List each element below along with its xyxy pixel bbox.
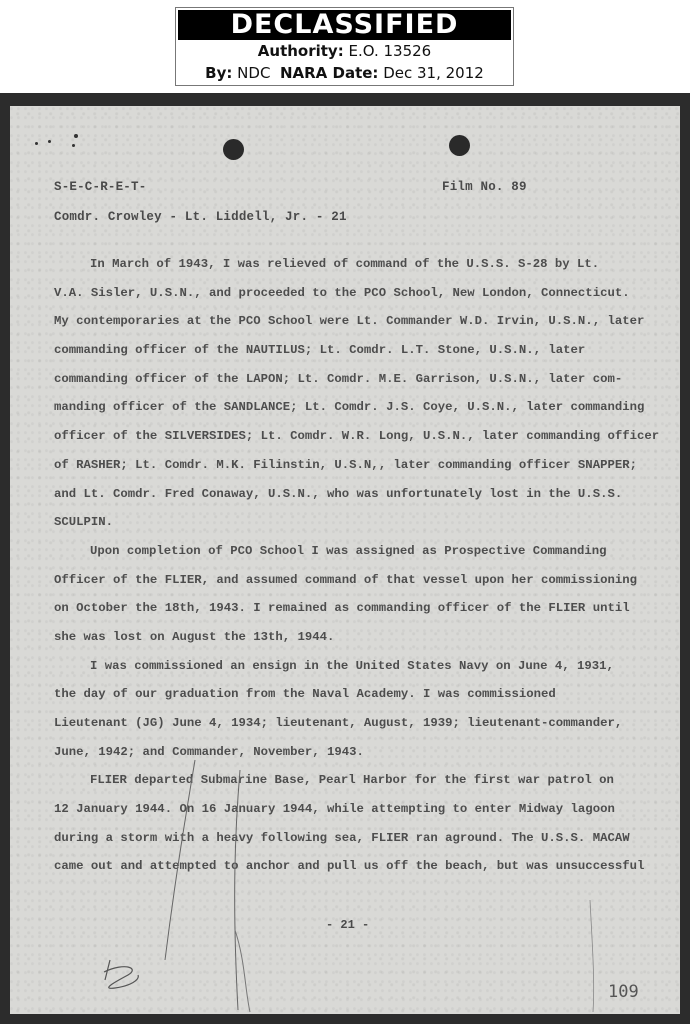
text-line: of RASHER; Lt. Comdr. M.K. Filinstin, U.… xyxy=(54,451,634,480)
stamp-by-date: By: NDC NARA Date: Dec 31, 2012 xyxy=(176,62,513,84)
speck xyxy=(74,134,78,138)
speck xyxy=(72,144,75,147)
punch-hole-left xyxy=(223,139,244,160)
text-line: manding officer of the SANDLANCE; Lt. Co… xyxy=(54,393,634,422)
text-line: In March of 1943, I was relieved of comm… xyxy=(54,250,634,279)
speck xyxy=(35,142,38,145)
text-line: Upon completion of PCO School I was assi… xyxy=(54,537,634,566)
text-line: My contemporaries at the PCO School were… xyxy=(54,307,634,336)
declassified-stamp: DECLASSIFIED Authority: E.O. 13526 By: N… xyxy=(175,7,514,86)
text-line: she was lost on August the 13th, 1944. xyxy=(54,623,634,652)
document-subtitle: Comdr. Crowley - Lt. Liddell, Jr. - 21 xyxy=(54,210,347,224)
text-line: SCULPIN. xyxy=(54,508,634,537)
text-line: on October the 18th, 1943. I remained as… xyxy=(54,594,634,623)
text-line: Officer of the FLIER, and assumed comman… xyxy=(54,566,634,595)
text-line: 12 January 1944. On 16 January 1944, whi… xyxy=(54,795,634,824)
text-line: came out and attempted to anchor and pul… xyxy=(54,852,634,881)
punch-hole-right xyxy=(449,135,470,156)
by-value: NDC xyxy=(237,64,270,82)
stamp-authority: Authority: E.O. 13526 xyxy=(176,40,513,62)
text-line: commanding officer of the NAUTILUS; Lt. … xyxy=(54,336,634,365)
nara-date-label: NARA Date: xyxy=(280,64,378,82)
sheet-number: 109 xyxy=(608,982,639,1002)
body-text: In March of 1943, I was relieved of comm… xyxy=(54,250,634,881)
text-line: June, 1942; and Commander, November, 194… xyxy=(54,738,634,767)
text-line: V.A. Sisler, U.S.N., and proceeded to th… xyxy=(54,279,634,308)
by-label: By: xyxy=(205,64,232,82)
text-line: I was commissioned an ensign in the Unit… xyxy=(54,652,634,681)
authority-label: Authority: xyxy=(258,42,344,60)
stamp-title: DECLASSIFIED xyxy=(178,10,511,40)
text-line: FLIER departed Submarine Base, Pearl Har… xyxy=(54,766,634,795)
nara-date-value: Dec 31, 2012 xyxy=(383,64,484,82)
film-number: Film No. 89 xyxy=(442,180,527,194)
text-line: the day of our graduation from the Naval… xyxy=(54,680,634,709)
page-number: - 21 - xyxy=(326,918,369,932)
text-line: Lieutenant (JG) June 4, 1934; lieutenant… xyxy=(54,709,634,738)
text-line: and Lt. Comdr. Fred Conaway, U.S.N., who… xyxy=(54,480,634,509)
speck xyxy=(48,140,51,143)
text-line: commanding officer of the LAPON; Lt. Com… xyxy=(54,365,634,394)
text-line: officer of the SILVERSIDES; Lt. Comdr. W… xyxy=(54,422,634,451)
text-line: during a storm with a heavy following se… xyxy=(54,824,634,853)
classification-marking: S-E-C-R-E-T- xyxy=(54,180,146,194)
authority-value: E.O. 13526 xyxy=(349,42,432,60)
